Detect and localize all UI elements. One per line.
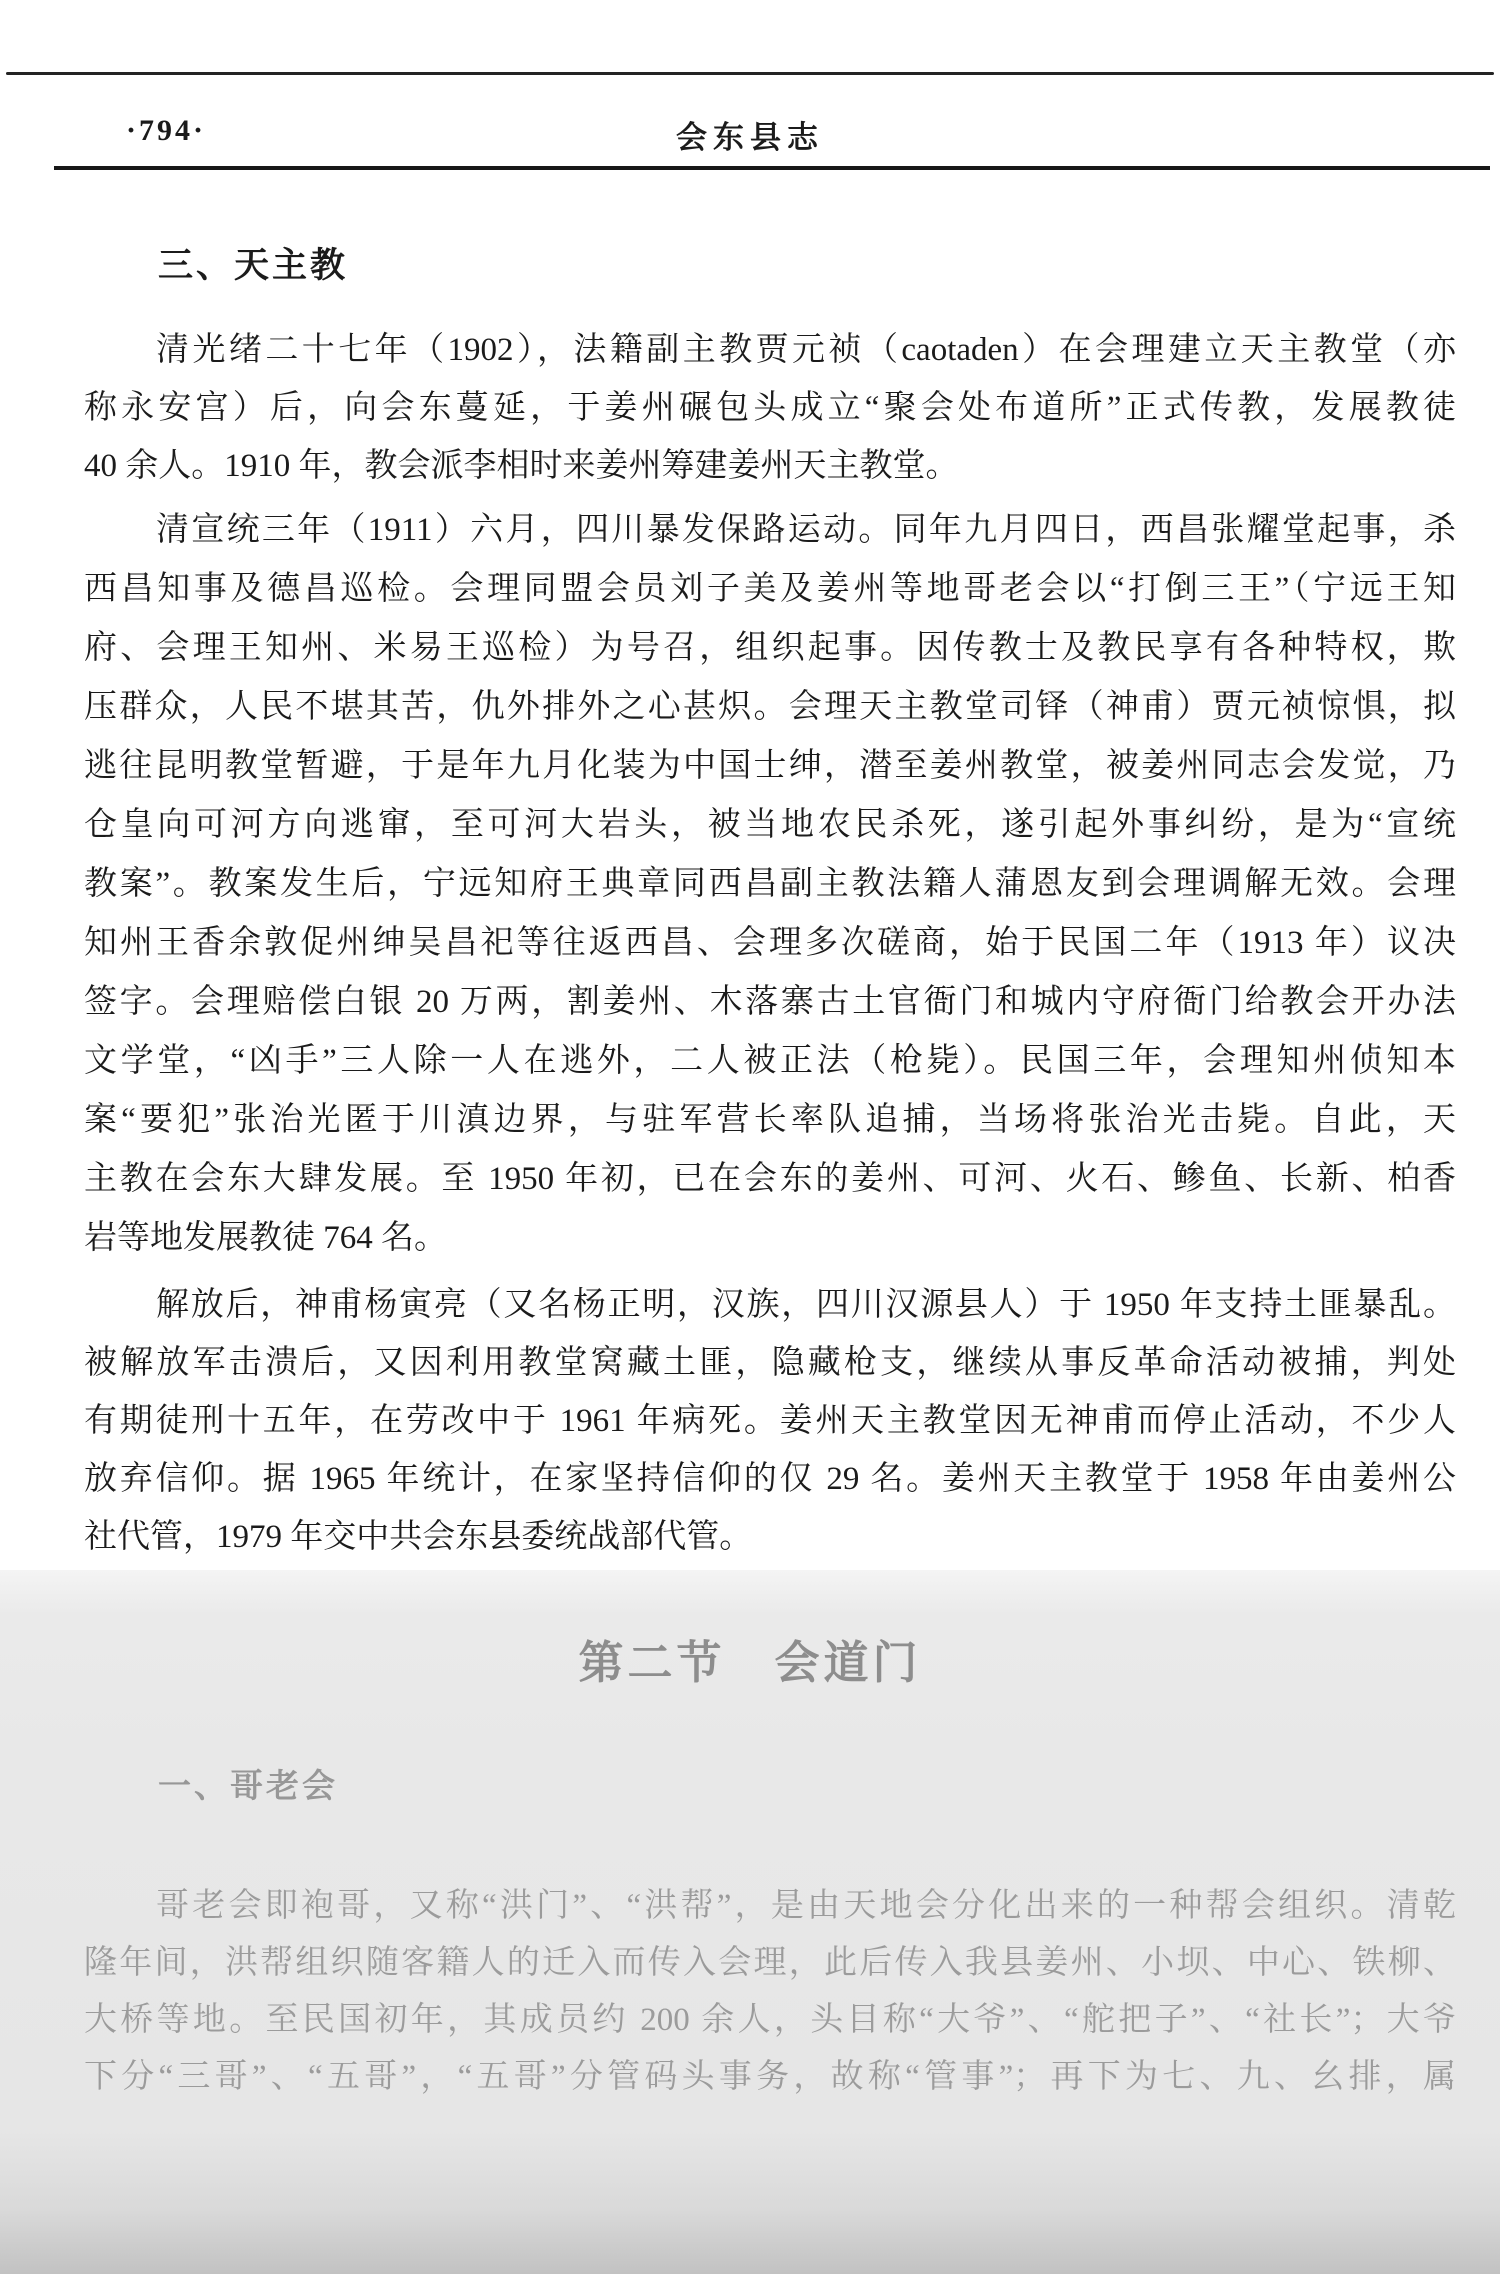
text-line: 仓皇向可河方向逃窜，至可河大岩头，被当地农民杀死，遂引起外事纠纷，是为“宣统	[84, 796, 1456, 855]
text-line: 府、会理王知州、米易王巡检）为号召，组织起事。因传教士及教民享有各种特权，欺	[84, 619, 1456, 678]
text-line: 40 余人。1910 年，教会派李相时来姜州筹建姜州天主教堂。	[84, 437, 1456, 495]
text-line: 哥老会即袍哥，又称“洪门”、“洪帮”，是由天地会分化出来的一种帮会组织。清乾	[84, 1878, 1456, 1935]
paragraph-catholic-2: 清宣统三年（1911）六月，四川暴发保路运动。同年九月四日，西昌张耀堂起事，杀 …	[84, 501, 1456, 1268]
text-line: 教案”。教案发生后，宁远知府王典章同西昌副主教法籍人蒲恩友到会理调解无效。会理	[84, 855, 1456, 914]
text-line: 大桥等地。至民国初年，其成员约 200 余人，头目称“大爷”、“舵把子”、“社长…	[84, 1992, 1456, 2049]
text-line: 解放后，神甫杨寅亮（又名杨正明，汉族，四川汉源县人）于 1950 年支持土匪暴乱…	[84, 1276, 1456, 1334]
paragraph-catholic-3: 解放后，神甫杨寅亮（又名杨正明，汉族，四川汉源县人）于 1950 年支持土匪暴乱…	[84, 1276, 1456, 1566]
text-line: 放弃信仰。据 1965 年统计，在家坚持信仰的仅 29 名。姜州天主教堂于 19…	[84, 1450, 1456, 1508]
text-line: 有期徒刑十五年，在劳改中于 1961 年病死。姜州天主教堂因无神甫而停止活动，不…	[84, 1392, 1456, 1450]
text-line: 隆年间，洪帮组织随客籍人的迁入而传入会理，此后传入我县姜州、小坝、中心、铁柳、	[84, 1935, 1456, 1992]
text-line: 压群众，人民不堪其苦，仇外排外之心甚炽。会理天主教堂司铎（神甫）贾元祯惊惧，拟	[84, 678, 1456, 737]
text-line: 岩等地发展教徒 764 名。	[84, 1209, 1456, 1268]
scanned-book-page: ·794· 会东县志 三、天主教 清光绪二十七年（1902），法籍副主教贾元祯（…	[0, 0, 1500, 2274]
paragraph-gelaohui-1: 哥老会即袍哥，又称“洪门”、“洪帮”，是由天地会分化出来的一种帮会组织。清乾 隆…	[84, 1878, 1456, 2106]
book-title: 会东县志	[0, 112, 1500, 157]
text-line: 被解放军击溃后，又因利用教堂窝藏土匪，隐藏枪支，继续从事反革命活动被捕，判处	[84, 1334, 1456, 1392]
header-rule	[54, 166, 1490, 170]
text-line: 签字。会理赔偿白银 20 万两，割姜州、木落寨古土官衙门和城内守府衙门给教会开办…	[84, 973, 1456, 1032]
sub-heading-gelaohui: 一、哥老会	[158, 1760, 338, 1807]
text-line: 逃往昆明教堂暂避，于是年九月化装为中国士绅，潜至姜州教堂，被姜州同志会发觉，乃	[84, 737, 1456, 796]
text-line: 称永安宫）后，向会东蔓延，于姜州碾包头成立“聚会处布道所”正式传教，发展教徒	[84, 379, 1456, 437]
text-line: 社代管，1979 年交中共会东县委统战部代管。	[84, 1508, 1456, 1566]
text-line: 案“要犯”张治光匿于川滇边界，与驻军营长率队追捕，当场将张治光击毙。自此，天	[84, 1091, 1456, 1150]
paragraph-catholic-1: 清光绪二十七年（1902），法籍副主教贾元祯（caotaden）在会理建立天主教…	[84, 321, 1456, 495]
text-line: 西昌知事及德昌巡检。会理同盟会员刘子美及姜州等地哥老会以“打倒三王”（宁远王知	[84, 560, 1456, 619]
text-line: 下分“三哥”、“五哥”，“五哥”分管码头事务，故称“管事”；再下为七、九、幺排，…	[84, 2049, 1456, 2106]
scan-top-edge-line	[6, 72, 1494, 75]
text-line: 清光绪二十七年（1902），法籍副主教贾元祯（caotaden）在会理建立天主教…	[84, 321, 1456, 379]
text-line: 清宣统三年（1911）六月，四川暴发保路运动。同年九月四日，西昌张耀堂起事，杀	[84, 501, 1456, 560]
text-line: 主教在会东大肆发展。至 1950 年初，已在会东的姜州、可河、火石、鲹鱼、长新、…	[84, 1150, 1456, 1209]
text-line: 文学堂，“凶手”三人除一人在逃外，二人被正法（枪毙）。民国三年，会理知州侦知本	[84, 1032, 1456, 1091]
section-heading-catholicism: 三、天主教	[158, 238, 348, 288]
section-heading-huidaomen: 第二节 会道门	[0, 1626, 1500, 1691]
text-line: 知州王香余敦促州绅吴昌祀等往返西昌、会理多次磋商，始于民国二年（1913 年）议…	[84, 914, 1456, 973]
